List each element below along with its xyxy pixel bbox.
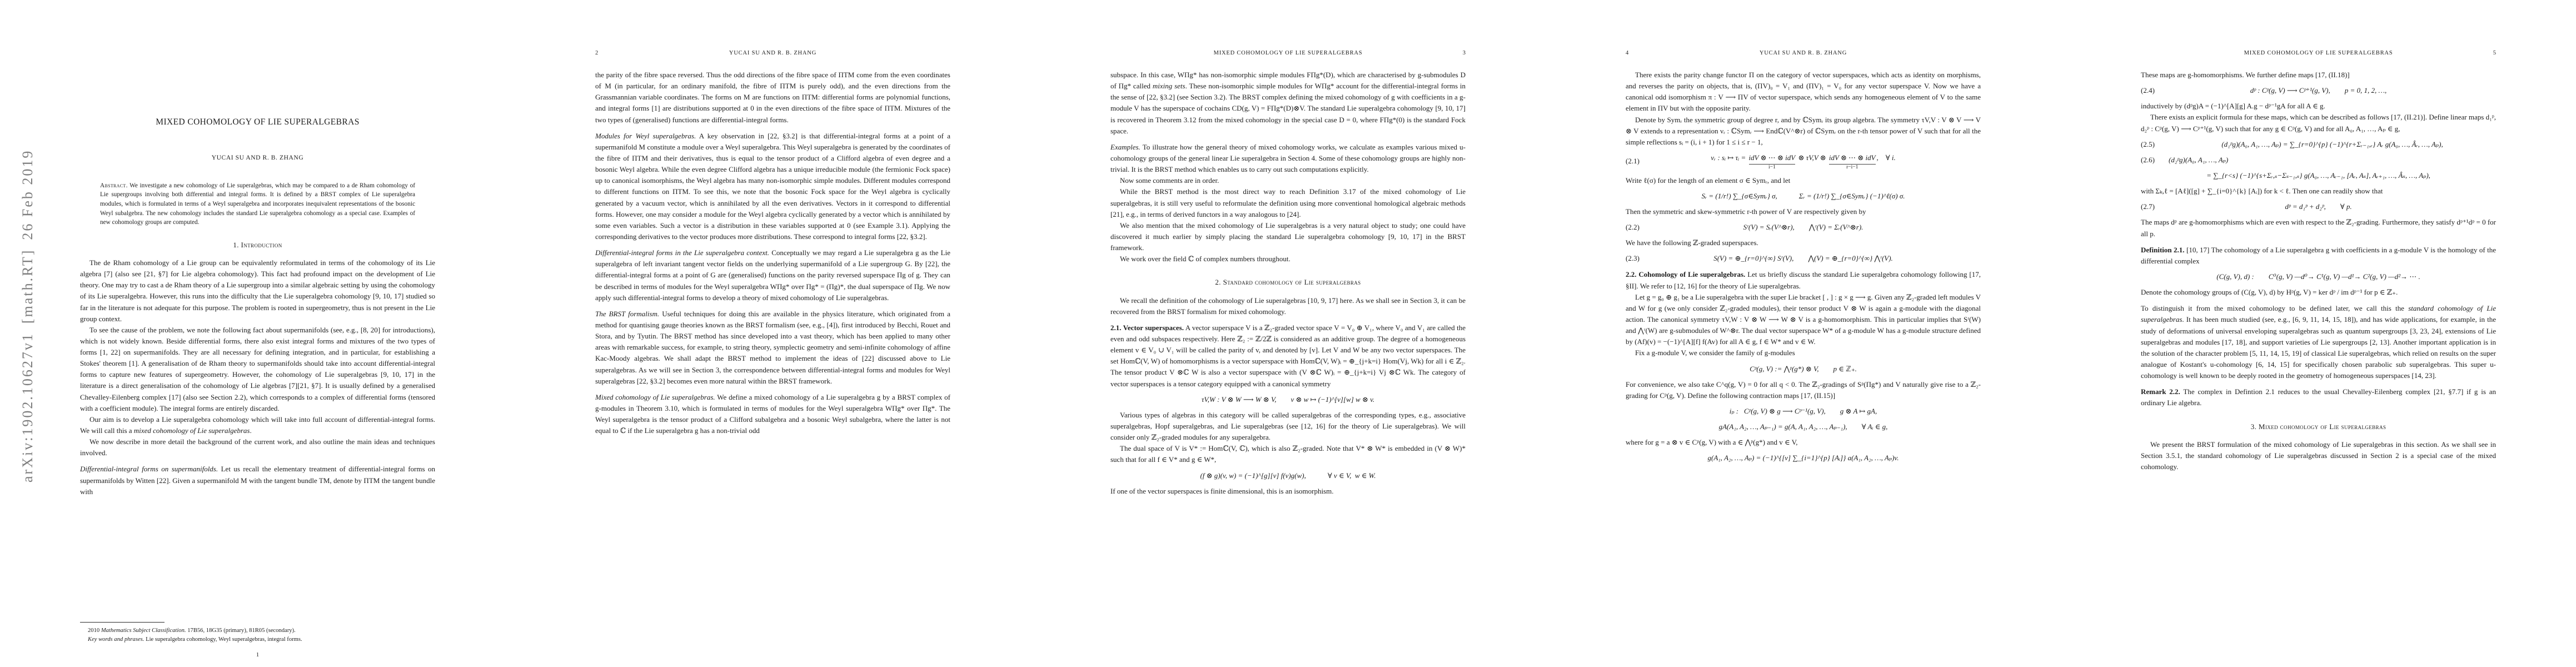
paragraph: The de Rham cohomology of a Lie group ca…	[80, 257, 435, 325]
section-heading-standard-cohomology: 2. Standard cohomology of Lie superalgeb…	[1110, 277, 1466, 288]
paper-title: MIXED COHOMOLOGY OF LIE SUPERALGEBRAS	[80, 116, 435, 129]
running-head: MIXED COHOMOLOGY OF LIE SUPERALGEBRAS 5	[2141, 49, 2496, 57]
equation-body: τV,W : V ⊗ W ⟶ W ⊗ V, v ⊗ w ↦ (−1)^[v][w…	[1110, 394, 1466, 405]
paragraph: subspace. In this case, WΠg* has non-iso…	[1110, 69, 1466, 137]
equation-2-2: (2.2) Sʳ(V) = Sᵣ(V^⊗r), ⋀ʳ(V) = Σᵣ(V^⊗r)…	[1626, 222, 1981, 233]
paragraph-text: . It has been much studied (see, e.g., […	[2141, 315, 2496, 380]
paragraph: Fix a g-module V, we consider the family…	[1626, 347, 1981, 359]
runin-heading: Differential-integral forms on supermani…	[80, 465, 218, 473]
equation-2-3: (2.3) S(V) = ⊕_{r=0}^{∞} Sʳ(V), ⋀(V) = ⊕…	[1626, 253, 1981, 264]
equation-text: , ∀ i.	[1877, 153, 1896, 162]
runin-heading-paragraph: The BRST formalism. Useful techniques fo…	[595, 308, 950, 387]
footnote-keywords: Key words and phrases. Lie superalgebra …	[80, 635, 435, 644]
equation-body: iₚ : Cᵖ(g, V) ⊗ g ⟶ Cᵖ⁻¹(g, V), g ⊗ A ↦ …	[1626, 406, 1981, 417]
paper-page-2: 2 YUCAI SU AND R. B. ZHANG the parity of…	[515, 0, 1030, 667]
paper-page-4: 4 YUCAI SU AND R. B. ZHANG There exists …	[1546, 0, 2061, 667]
runin-heading-paragraph: Differential-integral forms in the Lie s…	[595, 247, 950, 303]
runin-heading-paragraph: Mixed cohomology of Lie superalgebras. W…	[595, 392, 950, 437]
running-head: 4 YUCAI SU AND R. B. ZHANG	[1626, 49, 1981, 57]
equation-tau: τV,W : V ⊗ W ⟶ W ⊗ V, v ⊗ w ↦ (−1)^[v][w…	[1110, 394, 1466, 405]
section-heading-introduction: 1. Introduction	[80, 240, 435, 251]
page-footer: 2010 Mathematics Subject Classification.…	[80, 622, 435, 659]
equation-g-action: g(A₁, A₂, …, Aₚ) = (−1)^{[v] ∑_{i=1}^{p}…	[1626, 452, 1981, 464]
runin-heading-paragraph: Modules for Weyl superalgebras. A key ob…	[595, 131, 950, 242]
paragraph: To see the cause of the problem, we note…	[80, 325, 435, 414]
paragraph: Let g = g₀ ⊕ g₁ be a Lie superalgebra wi…	[1626, 292, 1981, 348]
paragraph: the parity of the fibre space reversed. …	[595, 69, 950, 126]
paragraph: We present the BRST formulation of the m…	[2141, 439, 2496, 472]
equation-body: gA(A₁, A₂, …, Aₚ₋₁) = g(A, A₁, A₂, …, Aₚ…	[1626, 421, 1981, 432]
section-heading-mixed-cohomology: 3. Mixed cohomology of Lie superalgebras	[2141, 421, 2496, 432]
paragraph: To distinguish it from the mixed cohomol…	[2141, 303, 2496, 381]
equation-body: νᵣ : sᵢ ↦ τᵢ = idV ⊗ ⋯ ⊗ idVi−1 ⊗ τV,V ⊗…	[1653, 152, 1953, 171]
footnote-text: Lie superalgebra cohomology, Weyl supera…	[146, 636, 302, 643]
running-head: MIXED COHOMOLOGY OF LIE SUPERALGEBRAS 3	[1110, 49, 1466, 57]
footnote-text: 17B56, 18G35 (primary), 81R05 (secondary…	[187, 628, 295, 634]
paragraph-text: To distinguish it from the mixed cohomol…	[2141, 304, 2408, 312]
paragraph-text: A vector superspace V is a ℤ₂-graded vec…	[1110, 323, 1466, 388]
paragraph: We work over the field ℂ of complex numb…	[1110, 253, 1466, 265]
paragraph: While the BRST method is the most direct…	[1110, 186, 1466, 220]
subsection-heading: 2.1. Vector superspaces.	[1110, 323, 1184, 332]
paragraph: Various types of algebras in this catego…	[1110, 410, 1466, 443]
equation-body: Sʳ(V) = Sᵣ(V^⊗r), ⋀ʳ(V) = Σᵣ(V^⊗r).	[1653, 222, 1953, 233]
equation-number: (2.2)	[1626, 222, 1653, 233]
paragraph: For convenience, we also take C^q(g, V) …	[1626, 379, 1981, 401]
underbrace-group: idV ⊗ ⋯ ⊗ idVr−i−1	[1829, 152, 1876, 171]
paper-spread: arXiv:1902.10627v1 [math.RT] 26 Feb 2019…	[0, 0, 2576, 667]
equation-body: = ∑_{r<s} (−1)^{s+Σᵣ,ₛ−Σₛ₋₁,ₛ} g(A₀, …, …	[2141, 170, 2496, 181]
runin-heading-paragraph: Differential-integral forms on supermani…	[80, 464, 435, 497]
runin-heading: Mixed cohomology of Lie superalgebras.	[595, 393, 715, 401]
page-number: 1	[80, 650, 435, 659]
paragraph: The dual space of V is V* := Homℂ(V, ℂ),…	[1110, 443, 1466, 465]
equation-2-7: (2.7) dᵖ = d₁ᵖ + d₂ᵖ, ∀ p.	[2141, 201, 2496, 212]
equation-text: idV ⊗ ⋯ ⊗ idV	[1749, 152, 1796, 165]
equation-fg: (f ⊗ g)(v, w) = (−1)^[g][v] f(v)g(w), ∀ …	[1110, 470, 1466, 481]
paragraph: Then the symmetric and skew-symmetric r-…	[1626, 206, 1981, 217]
runin-heading: Differential-integral forms in the Lie s…	[595, 248, 769, 257]
paper-authors: YUCAI SU AND R. B. ZHANG	[80, 153, 435, 163]
remark-paragraph: Remark 2.2. The complex in Defintion 2.1…	[2141, 386, 2496, 409]
paragraph-text: [10, 17] The cohomology of a Lie superal…	[2141, 246, 2496, 265]
abstract-text: We investigate a new cohomology of Lie s…	[100, 182, 415, 226]
paragraph-text: A key observation in [22, §3.2] is that …	[595, 132, 950, 241]
paragraph: inductively by (dᵖg)A = (−1)^[A][g] A.g …	[2141, 101, 2496, 112]
paragraph: The maps dᵖ are g-homomorphisms which ar…	[2141, 217, 2496, 239]
equation-body: Cᵖ(g, V) := ⋀ᵖ(g*) ⊗ V, p ∈ ℤ₊.	[1626, 364, 1981, 375]
equation-number: (2.3)	[1626, 253, 1653, 264]
paragraph-text: To illustrate how the general theory of …	[1110, 143, 1466, 173]
equation-body: (f ⊗ g)(v, w) = (−1)^[g][v] f(v)g(w), ∀ …	[1110, 470, 1466, 481]
footnote-lead: Mathematics Subject Classification.	[101, 628, 186, 634]
equation-2-6-continued: = ∑_{r<s} (−1)^{s+Σᵣ,ₛ−Σₛ₋₁,ₛ} g(A₀, …, …	[2141, 170, 2496, 181]
running-head-authors: YUCAI SU AND R. B. ZHANG	[595, 49, 950, 57]
paragraph: There exists an explicit formula for the…	[2141, 112, 2496, 134]
emphasized-term: mixing sets	[1153, 82, 1185, 90]
equation-2-4: (2.4) dᵖ : Cᵖ(g, V) ⟶ Cᵖ⁺¹(g, V), p = 0,…	[2141, 85, 2496, 96]
equation-body: dᵖ : Cᵖ(g, V) ⟶ Cᵖ⁺¹(g, V), p = 0, 1, 2,…	[2169, 85, 2468, 96]
underbrace-label: i−1	[1768, 165, 1776, 170]
runin-heading-paragraph: Examples. To illustrate how the general …	[1110, 142, 1466, 175]
equation-body: g(A₁, A₂, …, Aₚ) = (−1)^{[v] ∑_{i=1}^{p}…	[1626, 452, 1981, 464]
equation-number: (2.1)	[1626, 156, 1653, 167]
paper-page-1: arXiv:1902.10627v1 [math.RT] 26 Feb 2019…	[0, 0, 515, 667]
arxiv-watermark: arXiv:1902.10627v1 [math.RT] 26 Feb 2019	[17, 150, 39, 482]
paragraph-text: The complex in Defintion 2.1 reduces to …	[2141, 387, 2496, 407]
paragraph: We have the following ℤ-graded superspac…	[1626, 237, 1981, 248]
equation-body: S(V) = ⊕_{r=0}^{∞} Sʳ(V), ⋀(V) = ⊕_{r=0}…	[1653, 253, 1953, 264]
equation-2-1: (2.1) νᵣ : sᵢ ↦ τᵢ = idV ⊗ ⋯ ⊗ idVi−1 ⊗ …	[1626, 152, 1981, 171]
footnote-text: 2010	[88, 628, 101, 634]
equation-body: (d₁ᵖg)(A₀, A₁, …, Aₚ) = ∑_{r=0}^{p} (−1)…	[2169, 139, 2496, 150]
running-head-title: MIXED COHOMOLOGY OF LIE SUPERALGEBRAS	[1110, 49, 1466, 57]
running-head-authors: YUCAI SU AND R. B. ZHANG	[1626, 49, 1981, 57]
abstract: Abstract. We investigate a new cohomolog…	[100, 181, 415, 227]
subsection-heading: 2.2. Cohomology of Lie superalgebras.	[1626, 270, 1745, 278]
paragraph: Write ℓ(σ) for the length of an element …	[1626, 175, 1981, 186]
runin-heading: The BRST formalism.	[595, 310, 659, 318]
equation-body: (C(g, V), d) : C⁰(g, V) —d⁰→ C¹(g, V) —d…	[2141, 271, 2496, 282]
running-head-title: MIXED COHOMOLOGY OF LIE SUPERALGEBRAS	[2141, 49, 2496, 57]
equation-symmetrizers: Sᵣ = (1/r!) ∑_{σ∈Symᵣ} σ, Σᵣ = (1/r!) ∑_…	[1626, 191, 1981, 202]
paper-page-3: MIXED COHOMOLOGY OF LIE SUPERALGEBRAS 3 …	[1030, 0, 1546, 667]
definition-heading: Definition 2.1.	[2141, 246, 2185, 254]
runin-heading: Modules for Weyl superalgebras.	[595, 132, 696, 140]
paragraph: Now some comments are in order.	[1110, 175, 1466, 186]
paragraph: We now describe in more detail the backg…	[80, 436, 435, 459]
footnote-rule	[80, 622, 165, 623]
paragraph: We recall the definition of the cohomolo…	[1110, 295, 1466, 317]
runin-heading: Examples.	[1110, 143, 1140, 151]
equation-2-6: (2.6) (d₂ᵖg)(A₀, A₁, …, Aₚ)	[2141, 155, 2496, 166]
equation-number: (2.6)	[2141, 155, 2169, 166]
emphasized-term: mixed cohomology of Lie superalgebras	[134, 426, 250, 435]
page-number: 2	[595, 49, 598, 57]
equation-complex: (C(g, V), d) : C⁰(g, V) —d⁰→ C¹(g, V) —d…	[2141, 271, 2496, 282]
paragraph: Denote the cohomology groups of (C(g, V)…	[2141, 287, 2496, 298]
paragraph-text: Useful techniques for doing this are ava…	[595, 310, 950, 385]
equation-contraction-2: gA(A₁, A₂, …, Aₚ₋₁) = g(A, A₁, A₂, …, Aₚ…	[1626, 421, 1981, 432]
underbrace-label: r−i−1	[1846, 165, 1858, 170]
equation-number: (2.4)	[2141, 85, 2169, 96]
abstract-label: Abstract.	[100, 182, 128, 189]
paragraph: We also mention that the mixed cohomolog…	[1110, 220, 1466, 253]
equation-2-5: (2.5) (d₁ᵖg)(A₀, A₁, …, Aₚ) = ∑_{r=0}^{p…	[2141, 139, 2496, 150]
equation-number: (2.5)	[2141, 139, 2169, 150]
page-number: 3	[1463, 49, 1466, 57]
paragraph: Denote by Symᵣ the symmetric group of de…	[1626, 115, 1981, 148]
equation-body: dᵖ = d₁ᵖ + d₂ᵖ, ∀ p.	[2169, 201, 2468, 212]
footnote-lead: Key words and phrases.	[88, 636, 144, 643]
equation-text: νᵣ : sᵢ ↦ τᵢ =	[1711, 153, 1747, 162]
equation-contraction-1: iₚ : Cᵖ(g, V) ⊗ g ⟶ Cᵖ⁻¹(g, V), g ⊗ A ↦ …	[1626, 406, 1981, 417]
paragraph: There exists the parity change functor Π…	[1626, 69, 1981, 115]
page-number: 5	[2493, 49, 2496, 57]
paragraph: These maps are g-homomorphisms. We furth…	[2141, 69, 2496, 81]
equation-text: idV ⊗ ⋯ ⊗ idV	[1829, 152, 1876, 165]
equation-cochains: Cᵖ(g, V) := ⋀ᵖ(g*) ⊗ V, p ∈ ℤ₊.	[1626, 364, 1981, 375]
paper-page-5: MIXED COHOMOLOGY OF LIE SUPERALGEBRAS 5 …	[2061, 0, 2576, 667]
paragraph: Our aim is to develop a Lie superalgebra…	[80, 414, 435, 436]
equation-body: (d₂ᵖg)(A₀, A₁, …, Aₚ)	[2169, 155, 2496, 166]
equation-number: (2.7)	[2141, 201, 2169, 212]
subsection-paragraph: 2.2. Cohomology of Lie superalgebras. Le…	[1626, 269, 1981, 291]
paragraph: with Σₖ,ℓ = [Aℓ]([g] + ∑_{i=0}^{k} [Aᵢ])…	[2141, 186, 2496, 197]
paragraph-text: .	[250, 426, 252, 435]
paragraph: where for g = a ⊗ v ∈ Cᵖ(g, V) with a ∈ …	[1626, 437, 1981, 448]
paragraph: If one of the vector superspaces is fini…	[1110, 486, 1466, 497]
equation-text: ⊗ τV,V ⊗	[1796, 153, 1828, 162]
equation-body: Sᵣ = (1/r!) ∑_{σ∈Symᵣ} σ, Σᵣ = (1/r!) ∑_…	[1626, 191, 1981, 202]
subsection-paragraph: 2.1. Vector superspaces. A vector supers…	[1110, 322, 1466, 390]
footnote-msc: 2010 Mathematics Subject Classification.…	[80, 626, 435, 635]
running-head: 2 YUCAI SU AND R. B. ZHANG	[595, 49, 950, 57]
page-number: 4	[1626, 49, 1628, 57]
underbrace-group: idV ⊗ ⋯ ⊗ idVi−1	[1749, 152, 1796, 171]
definition-paragraph: Definition 2.1. [10, 17] The cohomology …	[2141, 245, 2496, 267]
remark-heading: Remark 2.2.	[2141, 387, 2180, 396]
